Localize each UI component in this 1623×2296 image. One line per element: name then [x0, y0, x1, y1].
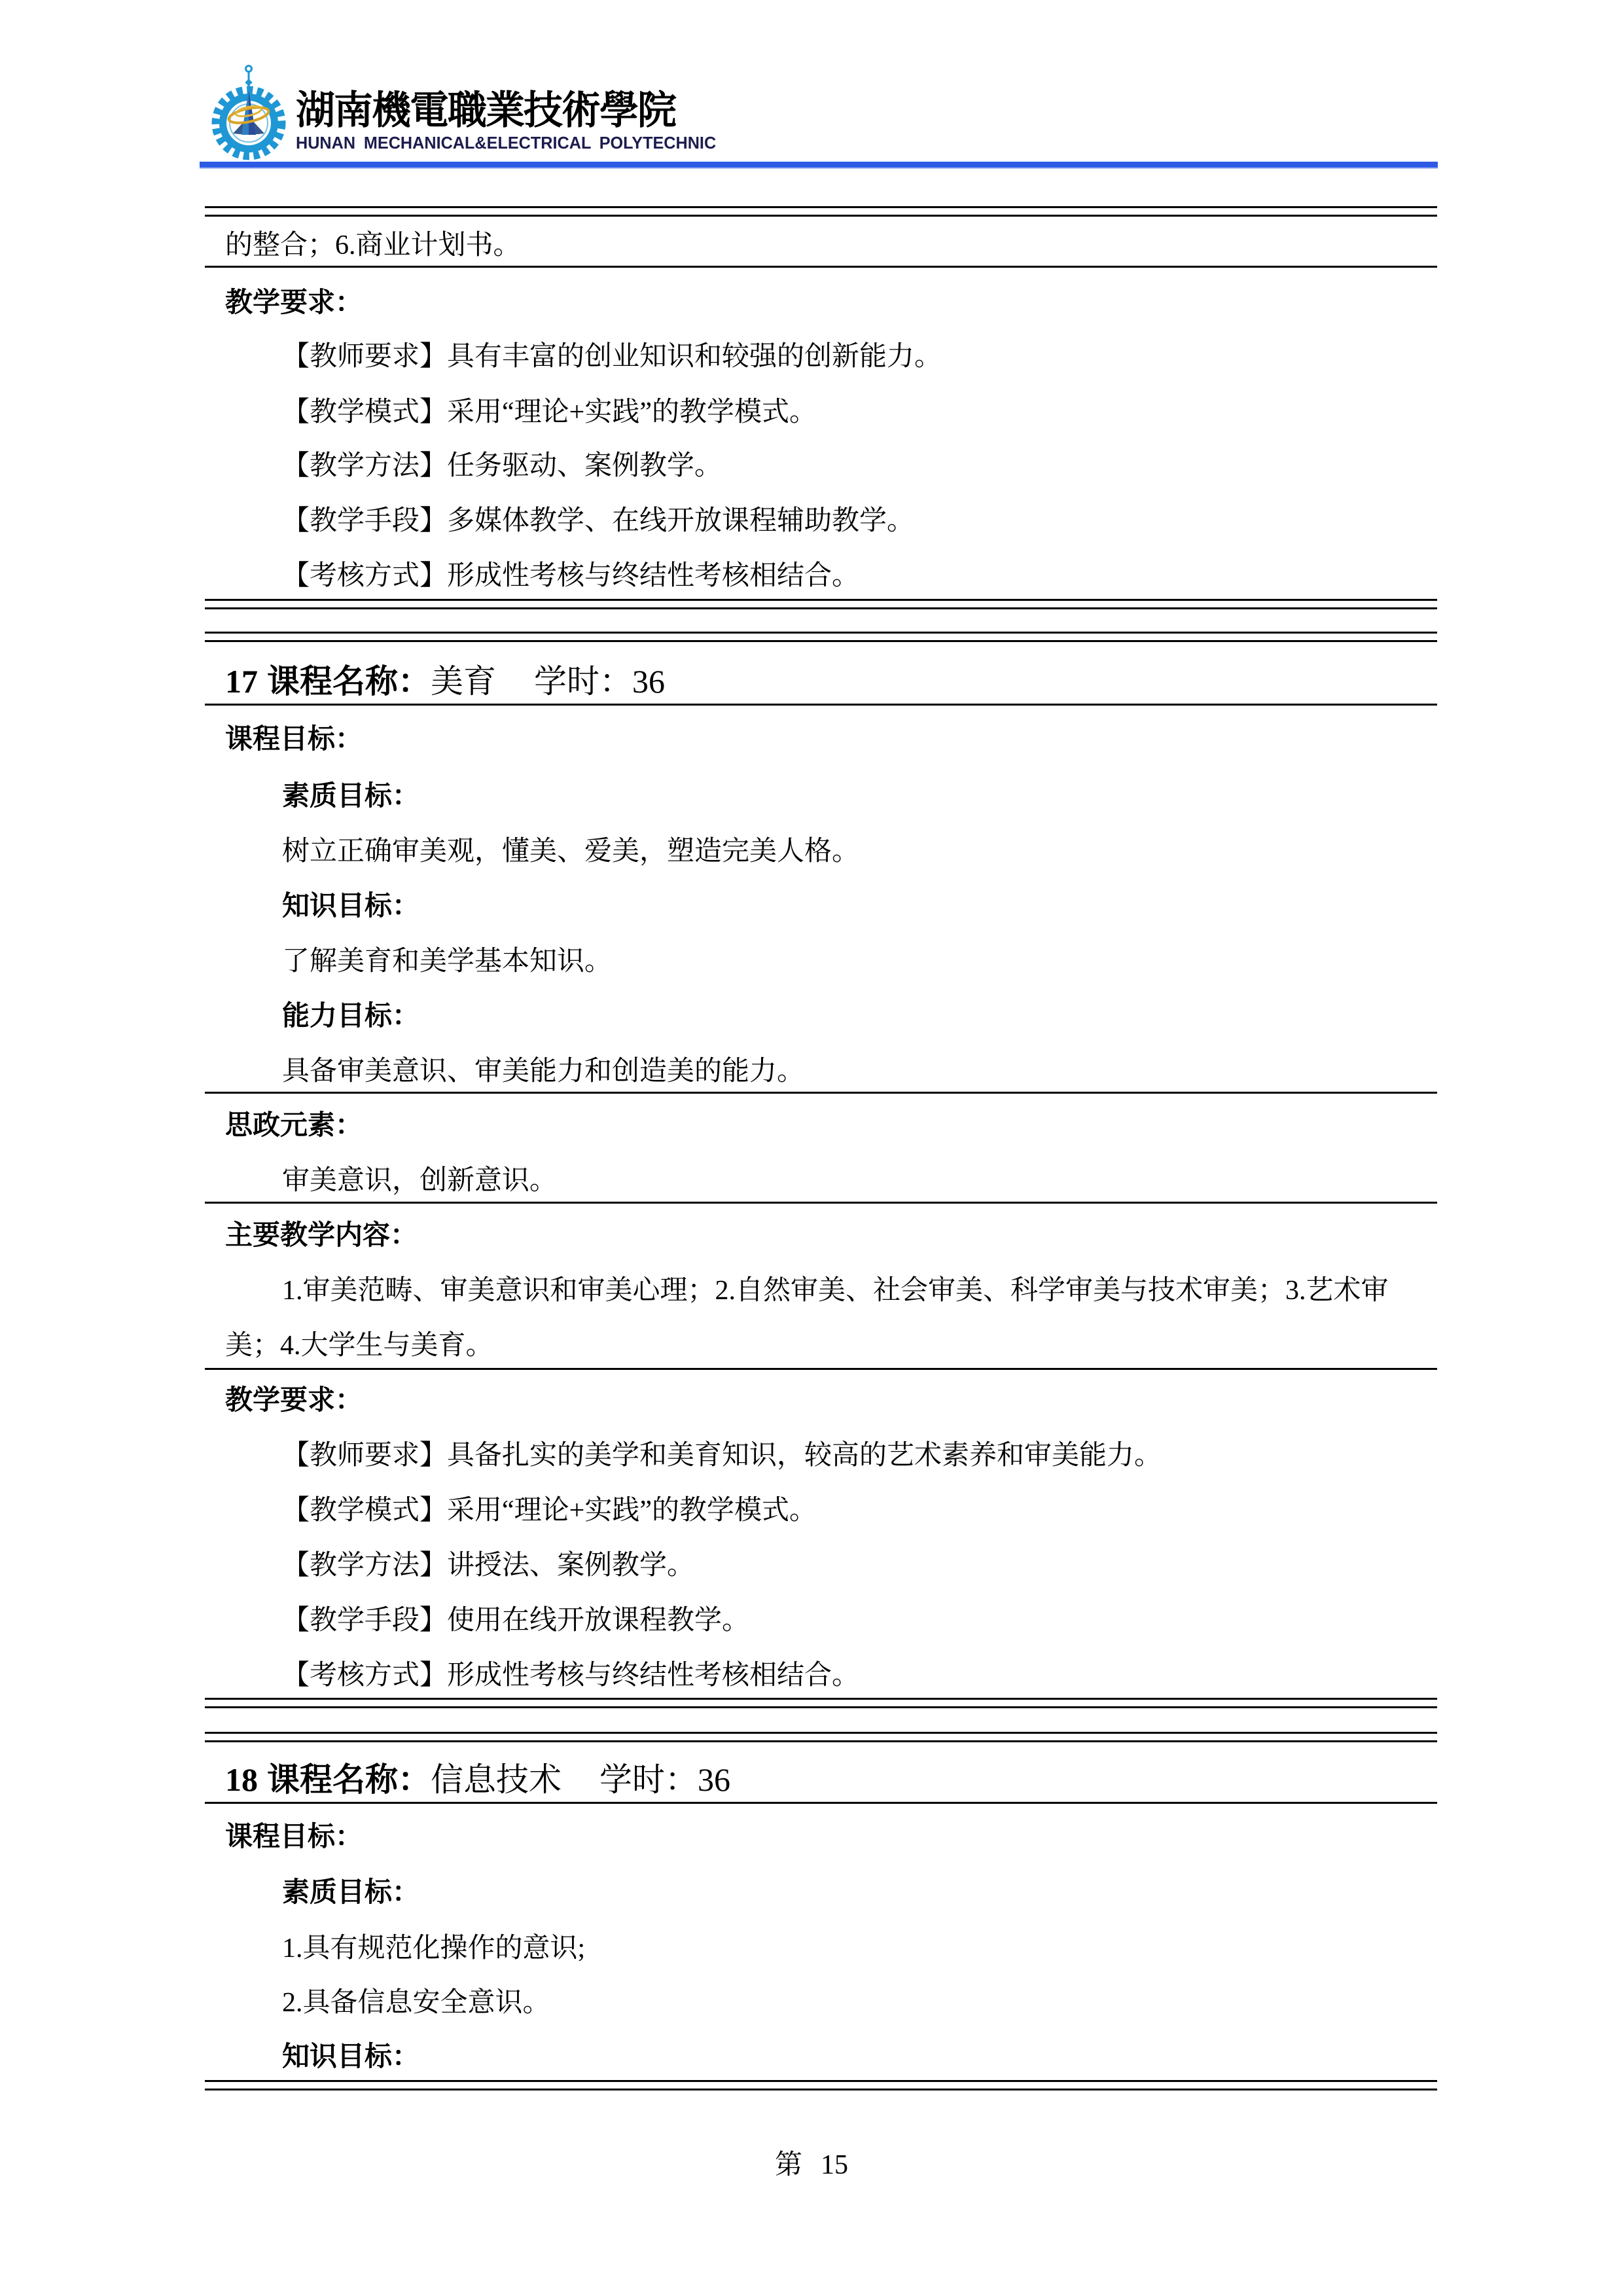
- school-name-english: HUNAN MECHANICAL&ELECTRICAL POLYTECHNIC: [296, 133, 716, 152]
- header-divider-rule: [200, 162, 1438, 169]
- course-hours-label: 学时：: [599, 1761, 698, 1798]
- logo-antenna-diamond: [245, 79, 252, 86]
- paragraph-line: 了解美育和美学基本知识。: [282, 939, 612, 984]
- sub-heading: 能力目标：: [282, 994, 419, 1039]
- paragraph-line: 【考核方式】形成性考核与终结性考核相结合。: [282, 553, 859, 599]
- paragraph-line: 【考核方式】形成性考核与终结性考核相结合。: [282, 1653, 859, 1698]
- course-name-label: 课程名称：: [267, 663, 431, 700]
- table-rule-double: [205, 1732, 1437, 1742]
- paragraph-line: 【教学模式】采用“理论+实践”的教学模式。: [282, 1488, 817, 1534]
- course-number: 18: [225, 1761, 258, 1798]
- paragraph-line: 【教学手段】多媒体教学、在线开放课程辅助教学。: [282, 498, 914, 544]
- paragraph-line: 美；4.大学生与美育。: [225, 1323, 493, 1369]
- school-logo-emblem: [208, 63, 289, 161]
- table-rule-double: [205, 632, 1437, 642]
- table-rule-single: [205, 704, 1437, 706]
- paragraph-line: 【教学方法】任务驱动、案例教学。: [282, 443, 722, 489]
- course-name: 信息技术: [431, 1761, 562, 1798]
- school-name-chinese: 湖南機電職業技術學院: [296, 85, 675, 136]
- table-rule-single: [205, 266, 1437, 268]
- paragraph-line: 1.具有规范化操作的意识;: [282, 1926, 585, 1971]
- sub-heading: 知识目标：: [282, 884, 419, 929]
- table-rule-single: [205, 1092, 1437, 1094]
- paragraph-line: 【教学手段】使用在线开放课程教学。: [282, 1598, 749, 1643]
- course-hours-label: 学时：: [534, 663, 632, 700]
- paragraph-line: 树立正确审美观，懂美、爱美，塑造完美人格。: [282, 829, 859, 874]
- section-heading: 教学要求：: [225, 1378, 363, 1424]
- course-title-row: 18课程名称：信息技术学时：36: [225, 1755, 730, 1804]
- table-rule-single: [205, 1802, 1437, 1804]
- table-rule-double: [205, 599, 1437, 609]
- table-rule-double: [205, 206, 1437, 217]
- paragraph-line: 审美意识，创新意识。: [282, 1158, 557, 1204]
- page-footer: 第15: [0, 2142, 1623, 2188]
- course-title-row: 17课程名称：美育学时：36: [225, 656, 665, 706]
- section-heading: 课程目标：: [225, 717, 363, 762]
- table-rule-single: [205, 1368, 1437, 1370]
- paragraph-line: 【教师要求】具有丰富的创业知识和较强的创新能力。: [282, 334, 942, 380]
- sub-heading: 素质目标：: [282, 1870, 419, 1916]
- paragraph-line: 【教师要求】具备扎实的美学和美育知识，较高的艺术素养和审美能力。: [282, 1433, 1162, 1479]
- table-rule-double: [205, 2080, 1437, 2090]
- course-name-label: 课程名称：: [267, 1761, 431, 1798]
- section-heading: 教学要求：: [225, 280, 363, 326]
- sub-heading: 素质目标：: [282, 774, 419, 819]
- course-hours: 36: [698, 1761, 730, 1798]
- paragraph-line: 1.审美范畴、审美意识和审美心理；2.自然审美、社会审美、科学审美与技术审美；3…: [282, 1268, 1389, 1314]
- paragraph-line: 【教学模式】采用“理论+实践”的教学模式。: [282, 389, 817, 435]
- course-number: 17: [225, 663, 258, 700]
- sub-heading: 知识目标：: [282, 2034, 419, 2080]
- course-name: 美育: [431, 663, 496, 700]
- paragraph-line: 具备审美意识、审美能力和创造美的能力。: [282, 1049, 804, 1094]
- paragraph-line: 2.具备信息安全意识。: [282, 1980, 550, 2026]
- section-heading: 课程目标：: [225, 1814, 363, 1860]
- paragraph-line: 【教学方法】讲授法、案例教学。: [282, 1543, 694, 1588]
- footer-page-number: 15: [821, 2150, 848, 2180]
- table-rule-double: [205, 1698, 1437, 1708]
- table-rule-single: [205, 1202, 1437, 1204]
- logo-antenna-top-circle: [246, 66, 252, 72]
- footer-prefix: 第: [775, 2150, 802, 2180]
- course-hours: 36: [632, 663, 665, 700]
- document-page: 湖南機電職業技術學院 HUNAN MECHANICAL&ELECTRICAL P…: [0, 0, 1623, 2296]
- paragraph-line: 的整合；6.商业计划书。: [225, 223, 521, 268]
- section-heading: 思政元素：: [225, 1103, 363, 1149]
- section-heading: 主要教学内容：: [225, 1213, 418, 1259]
